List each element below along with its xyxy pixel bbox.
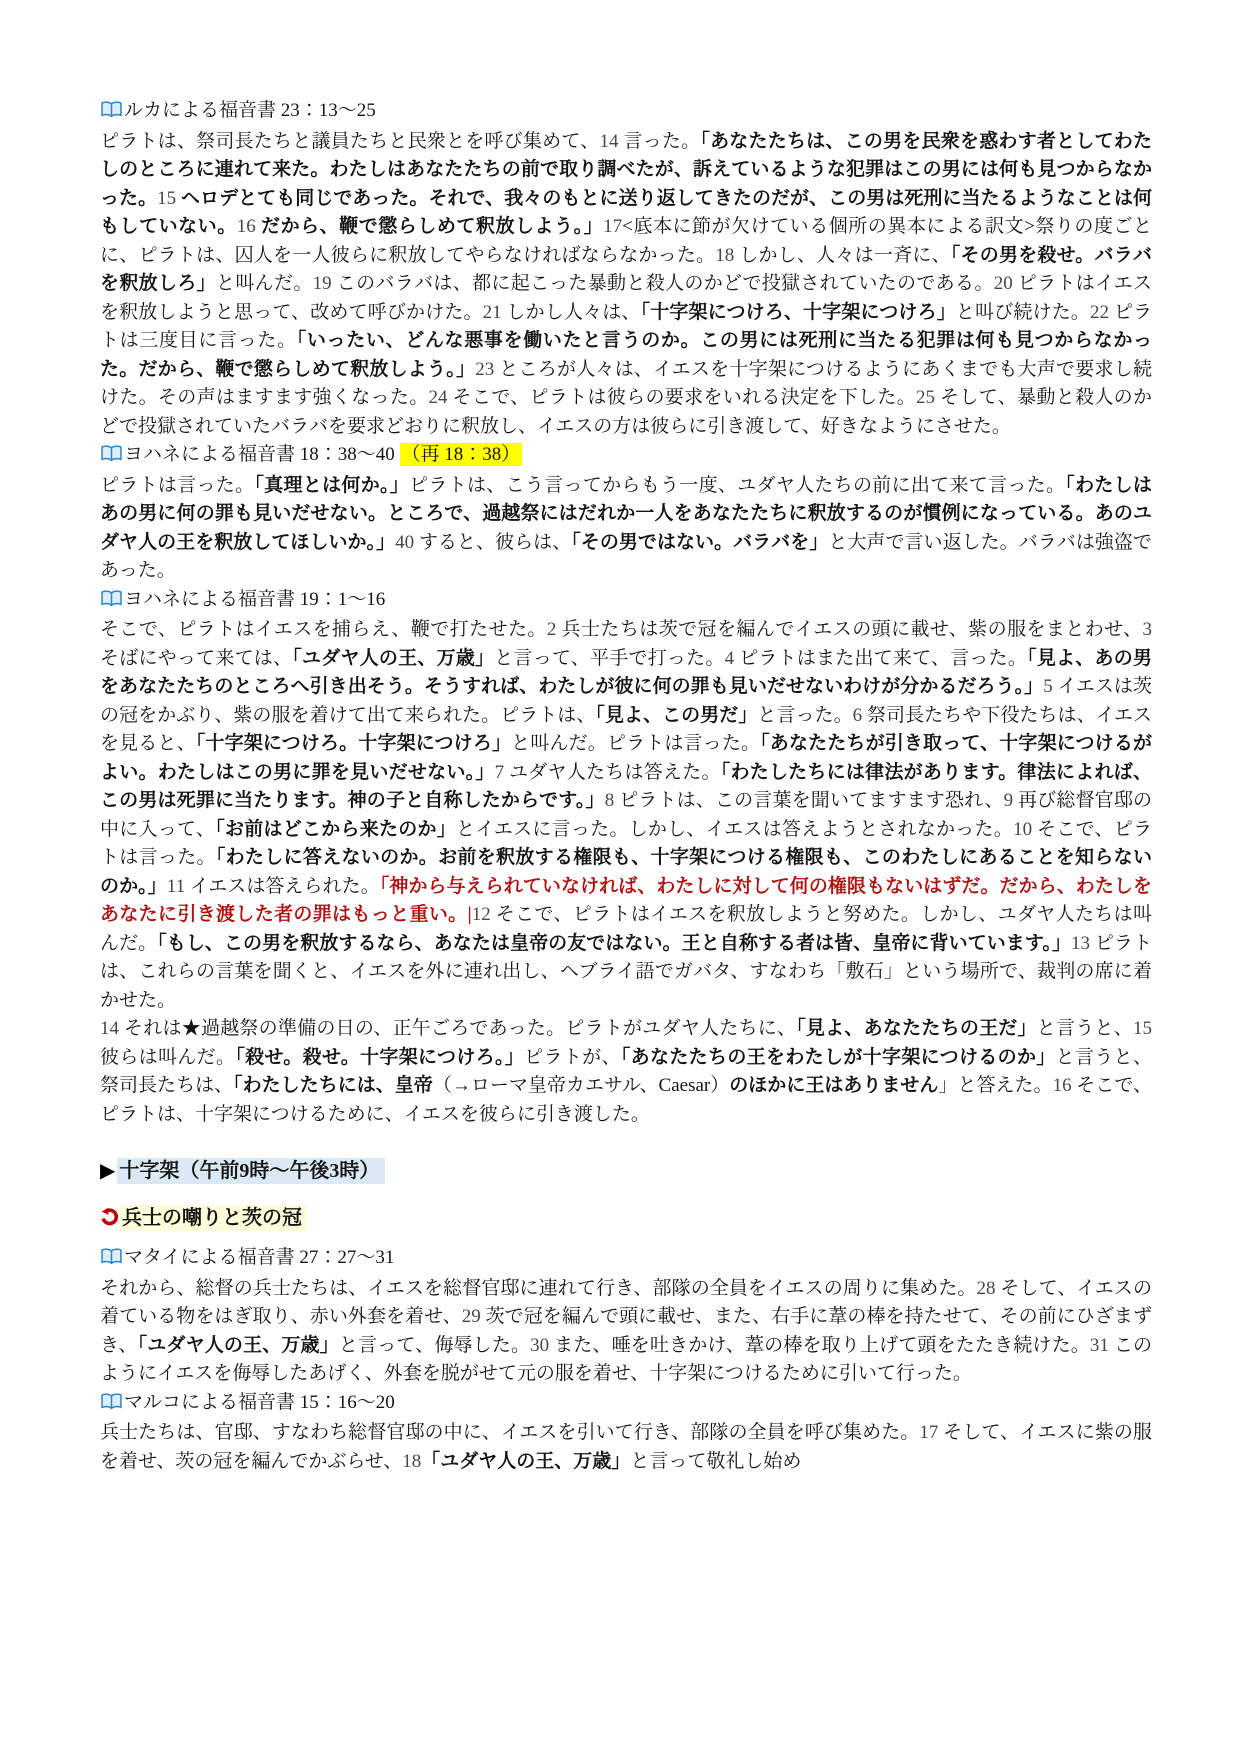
- text-run: 」と答えた。: [938, 1075, 1052, 1096]
- scripture-ref-mark: マルコによる福音書 15：16～20: [100, 1389, 1152, 1420]
- text-run: 兵士たちは茨で冠を編んでイエスの頭に載せ、紫の服をまとわせ、: [562, 619, 1143, 640]
- text-run: ピラトは、この言葉を聞いてますます恐れ、: [619, 790, 1003, 811]
- text-run: と叫んだ。: [216, 273, 313, 294]
- verse-number: 6: [853, 705, 867, 726]
- verse-number: 18: [715, 245, 739, 266]
- verse-number: 8: [605, 790, 619, 811]
- verse-number: 19: [313, 273, 337, 294]
- verse-number: 16: [1053, 1075, 1077, 1096]
- verse-number: 14: [100, 1018, 124, 1039]
- text-run: それから、総督の兵士たちは、イエスを総督官邸に連れて行き、部隊の全員をイエスの周…: [100, 1278, 977, 1299]
- text-run: と言って、侮辱した。: [339, 1335, 530, 1356]
- text-run: そばにやって来ては、: [100, 648, 292, 669]
- verse-number: 40: [395, 532, 419, 553]
- text-run: 「見よ、あなたたちの王だ」: [796, 1018, 1037, 1039]
- verse-number: 17: [603, 216, 622, 237]
- verse-number: 25: [916, 387, 940, 408]
- text-run: 「ユダヤ人の王、万歳」: [292, 648, 494, 669]
- scripture-text-luke: ピラトは、祭司長たちと議員たちと民衆とを呼び集めて、14 言った。「あなたたちは…: [100, 128, 1152, 442]
- verse-number: 22: [1090, 302, 1114, 323]
- verse-number: 5: [1043, 676, 1057, 697]
- scripture-ref-label: マタイによる福音書 27：27～31: [124, 1247, 394, 1268]
- verse-number: 13: [1071, 933, 1095, 954]
- text-run: だから、鞭で懲らしめて釈放しよう。」: [261, 216, 603, 237]
- text-run: すると、彼らは、: [419, 532, 571, 553]
- scripture-ref-luke: ルカによる福音書 23：13～25: [100, 97, 1152, 128]
- open-book-icon: [100, 588, 123, 617]
- text-run: 「ユダヤ人の王、万歳」: [138, 1335, 339, 1356]
- verse-number: 10: [1013, 819, 1037, 840]
- verse-number: 20: [994, 273, 1018, 294]
- verse-number: 9: [1004, 790, 1018, 811]
- verse-number: 24: [429, 387, 453, 408]
- right-triangle-marker: ▶: [100, 1160, 115, 1182]
- verse-number: 30: [530, 1335, 554, 1356]
- verse-number: 21: [483, 302, 507, 323]
- text-run: ピラトが、: [524, 1047, 621, 1068]
- open-book-icon: [100, 99, 123, 128]
- text-run: 「見よ、この男だ」: [595, 705, 757, 726]
- text-run: 「十字架につけろ。十字架につけろ」: [196, 733, 511, 754]
- text-run: 「お前はどこから来たのか」: [215, 819, 456, 840]
- text-run: 「その男ではない。バラバを」: [571, 532, 828, 553]
- scripture-text-matthew: それから、総督の兵士たちは、イエスを総督官邸に連れて行き、部隊の全員をイエスの周…: [100, 1275, 1152, 1389]
- ref-repeat-note-highlighted: （再 18：38）: [400, 443, 523, 466]
- scripture-text-mark: 兵士たちは、官邸、すなわち総督官邸の中に、イエスを引いて行き、部隊の全員を呼び集…: [100, 1419, 1152, 1476]
- red-curved-arrow-icon: [100, 1205, 119, 1235]
- scripture-ref-label: ヨハネによる福音書 18：38～40: [124, 444, 400, 465]
- subsection-heading-mocking-label: 兵士の嘲りと茨の冠: [120, 1205, 307, 1231]
- verse-number: 14: [599, 131, 623, 152]
- verse-number: 15: [1133, 1018, 1152, 1039]
- verse-number: 3: [1143, 619, 1153, 640]
- verse-number: 7: [495, 762, 510, 783]
- text-run: とイエスに言った。しかし、イエスは答えようとされなかった。: [456, 819, 1013, 840]
- text-run: と叫び続けた。: [956, 302, 1090, 323]
- text-run: イエスは答えられた。: [190, 876, 380, 897]
- text-run: と叫んだ。ピラトは言った。: [511, 733, 760, 754]
- text-run: ピラトは、こう言ってからもう一度、ユダヤ人たちの前に出て来て言った。: [409, 475, 1065, 496]
- text-run: そこで、ピラトはイエスを捕らえ、鞭で打たせた。: [100, 619, 547, 640]
- text-run: ピラトはまた出て来て、言った。: [739, 648, 1027, 669]
- scripture-ref-label: ルカによる福音書 23：13～25: [124, 100, 376, 121]
- text-run: ユダヤ人たちは答えた。: [509, 762, 721, 783]
- open-book-icon: [100, 443, 123, 472]
- scripture-ref-label: ヨハネによる福音書 19：1～16: [124, 589, 385, 610]
- verse-number: 18: [402, 1451, 421, 1472]
- verse-number: 12: [472, 904, 496, 925]
- text-run: （→ローマ皇帝カエサル、Caesar）: [433, 1075, 729, 1096]
- text-run: 「ユダヤ人の王、万歳」: [421, 1451, 630, 1472]
- scripture-text-john18: ピラトは言った。「真理とは何か。」ピラトは、こう言ってからもう一度、ユダヤ人たち…: [100, 472, 1152, 586]
- document-page: ルカによる福音書 23：13～25 ピラトは、祭司長たちと議員たちと民衆とを呼び…: [0, 0, 1240, 1755]
- text-run: 「もし、この男を釈放するなら、あなたは皇帝の友ではない。王と自称する者は皆、皇帝…: [157, 933, 1071, 954]
- scripture-ref-matthew: マタイによる福音書 27：27～31: [100, 1244, 1152, 1275]
- text-run: 「あなたたちの王をわたしが十字架につけるのか」: [621, 1047, 1056, 1068]
- section-heading-cross: ▶十字架（午前9時～午後3時）: [100, 1156, 1152, 1186]
- section-heading-cross-label: 十字架（午前9時～午後3時）: [117, 1158, 385, 1184]
- verse-number: 11: [167, 876, 190, 897]
- verse-number: 23: [475, 359, 499, 380]
- verse-number: 31: [1090, 1335, 1114, 1356]
- text-run: しかし人々は、: [507, 302, 641, 323]
- text-run: それは★過越祭の準備の日の、正午ごろであった。ピラトがユダヤ人たちに、: [124, 1018, 796, 1039]
- verse-number: 15: [157, 188, 181, 209]
- verse-number: 28: [977, 1278, 1001, 1299]
- text-run: 言った。: [623, 131, 700, 152]
- text-run: 「殺せ。殺せ。十字架につけろ。」: [235, 1047, 524, 1068]
- scripture-text-john19-part2: 14 それは★過越祭の準備の日の、正午ごろであった。ピラトがユダヤ人たちに、「見…: [100, 1015, 1152, 1129]
- text-run: と言って、平手で打った。: [494, 648, 724, 669]
- text-run: と言うと、: [1037, 1018, 1133, 1039]
- text-run: 「わたしたちには、皇帝: [233, 1075, 433, 1096]
- verse-number: 17: [919, 1422, 943, 1443]
- text-run: と言った。: [757, 705, 852, 726]
- verse-number: 4: [725, 648, 739, 669]
- text-run: 「十字架につけろ、十字架につけろ」: [641, 302, 956, 323]
- text-run: ピラトは言った。: [100, 475, 254, 496]
- open-book-icon: [100, 1246, 123, 1275]
- text-run: このバラバは、都に起こった暴動と殺人のかどで投獄されていたのである。: [337, 273, 994, 294]
- scripture-ref-label: マルコによる福音書 15：16～20: [124, 1392, 395, 1413]
- text-run: ピラトは、祭司長たちと議員たちと民衆とを呼び集めて、: [100, 131, 599, 152]
- verse-number: 16: [237, 216, 261, 237]
- text-run: そこで、ピラトは彼らの要求をいれる決定を下した。: [453, 387, 916, 408]
- scripture-text-john19-part1: そこで、ピラトはイエスを捕らえ、鞭で打たせた。2 兵士たちは茨で冠を編んでイエス…: [100, 616, 1152, 1015]
- verse-number: 29: [462, 1306, 486, 1327]
- text-run: 「真理とは何か。」: [254, 475, 409, 496]
- text-run: 彼らは叫んだ。: [100, 1047, 235, 1068]
- scripture-ref-john19: ヨハネによる福音書 19：1～16: [100, 586, 1152, 617]
- subsection-heading-mocking: 兵士の嘲りと茨の冠: [100, 1203, 1152, 1235]
- open-book-icon: [100, 1391, 123, 1420]
- text-run: と言って敬礼し始め: [630, 1451, 801, 1472]
- scripture-ref-john18: ヨハネによる福音書 18：38～40 （再 18：38）: [100, 441, 1152, 472]
- text-run: 兵士たちは、官邸、すなわち総督官邸の中に、イエスを引いて行き、部隊の全員を呼び集…: [100, 1422, 919, 1443]
- verse-number: 2: [547, 619, 562, 640]
- text-run: また、唾を吐きかけ、葦の棒を取り上げて頭をたたき続けた。: [554, 1335, 1090, 1356]
- text-run: しかし、人々は一斉に、: [739, 245, 951, 266]
- text-run: のほかに王はありません: [729, 1075, 938, 1096]
